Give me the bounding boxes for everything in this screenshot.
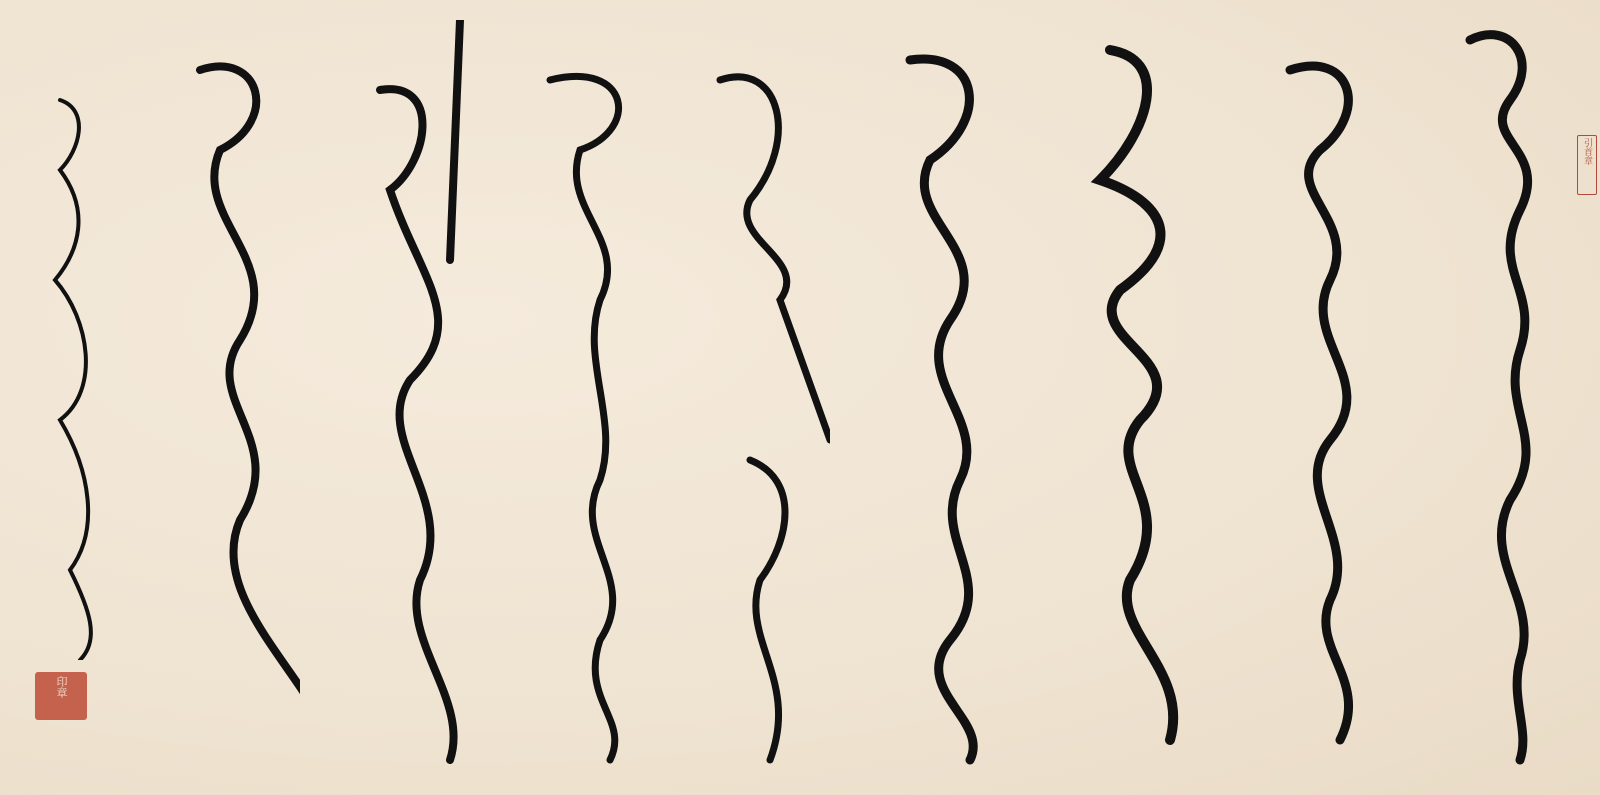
calligraphy-column-7: [360, 20, 480, 780]
calligraphy-column-4: [890, 20, 1010, 780]
header-seal: 引首章: [1577, 135, 1597, 195]
calligraphy-column-2: [1270, 20, 1390, 780]
calligraphy-column-8: [180, 20, 300, 780]
artist-seal: 印章: [35, 672, 87, 720]
calligraphy-column-3: [1080, 20, 1200, 780]
calligraphy-column-5: [710, 20, 830, 780]
calligraphy-column-6: [540, 20, 660, 780]
calligraphy-scroll: 引首章 印章: [0, 0, 1600, 795]
signature-inscription: [40, 90, 110, 660]
calligraphy-column-1: [1450, 20, 1570, 780]
